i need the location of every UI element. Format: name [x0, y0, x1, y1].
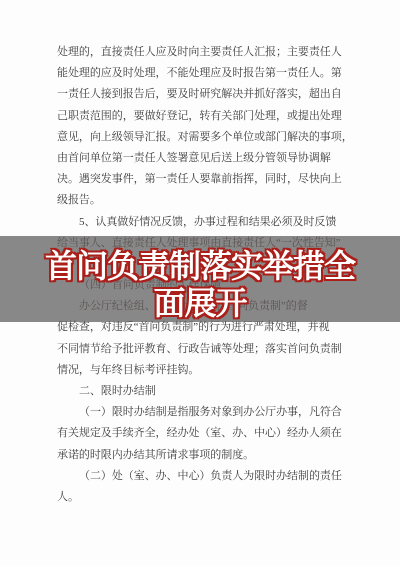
- text-line: 情况，与年终目标考评挂钩。: [57, 360, 345, 381]
- text-line: 不同情节给予批评教育、行政告诫等处理；落实首问负责制: [57, 339, 345, 360]
- text-line: 级报告。: [57, 190, 345, 211]
- text-line: 承诺的时限内办结其所请求事项的制度。: [57, 445, 345, 466]
- document-page: 处理的，直接责任人应及时向主要责任人汇报；主要责任人能处理的应及时处理，不能处理…: [0, 0, 400, 566]
- headline-line-1: 首问负责制落实举措全: [0, 248, 400, 285]
- text-line: 能处理的应及时处理，不能处理应及时报告第一责任人。第: [57, 63, 345, 84]
- text-line: 处理的，直接责任人应及时向主要责任人汇报；主要责任人: [57, 42, 345, 63]
- text-line: 意见，向上级领导汇报。对需要多个单位或部门解决的事项，: [57, 127, 345, 148]
- text-line: 决。遇突发事件，第一责任人要靠前指挥，同时，尽快向上: [57, 169, 345, 190]
- text-line: 有关规定及手续齐全，经办处（室、办、中心）经办人须在: [57, 423, 345, 444]
- headline: 首问负责制落实举措全 面展开: [0, 248, 400, 322]
- text-line: （一）限时办结制是指服务对象到办公厅办事，凡符合: [57, 402, 345, 423]
- text-line: 一责任人接到报告后，要及时研究解决并抓好落实，超出自: [57, 84, 345, 105]
- text-line: 由首问单位第一责任人签署意见后送上级分管领导协调解: [57, 148, 345, 169]
- headline-line-2: 面展开: [0, 285, 400, 322]
- text-line: 人。: [57, 487, 345, 508]
- text-line: 二、限时办结制: [57, 381, 345, 402]
- text-line: （二）处（室、办、中心）负责人为限时办结制的责任: [57, 466, 345, 487]
- text-line: 己职责范围的，要做好登记，转有关部门处理，或提出处理: [57, 106, 345, 127]
- text-line: 5、认真做好情况反馈，办事过程和结果必须及时反馈: [57, 212, 345, 233]
